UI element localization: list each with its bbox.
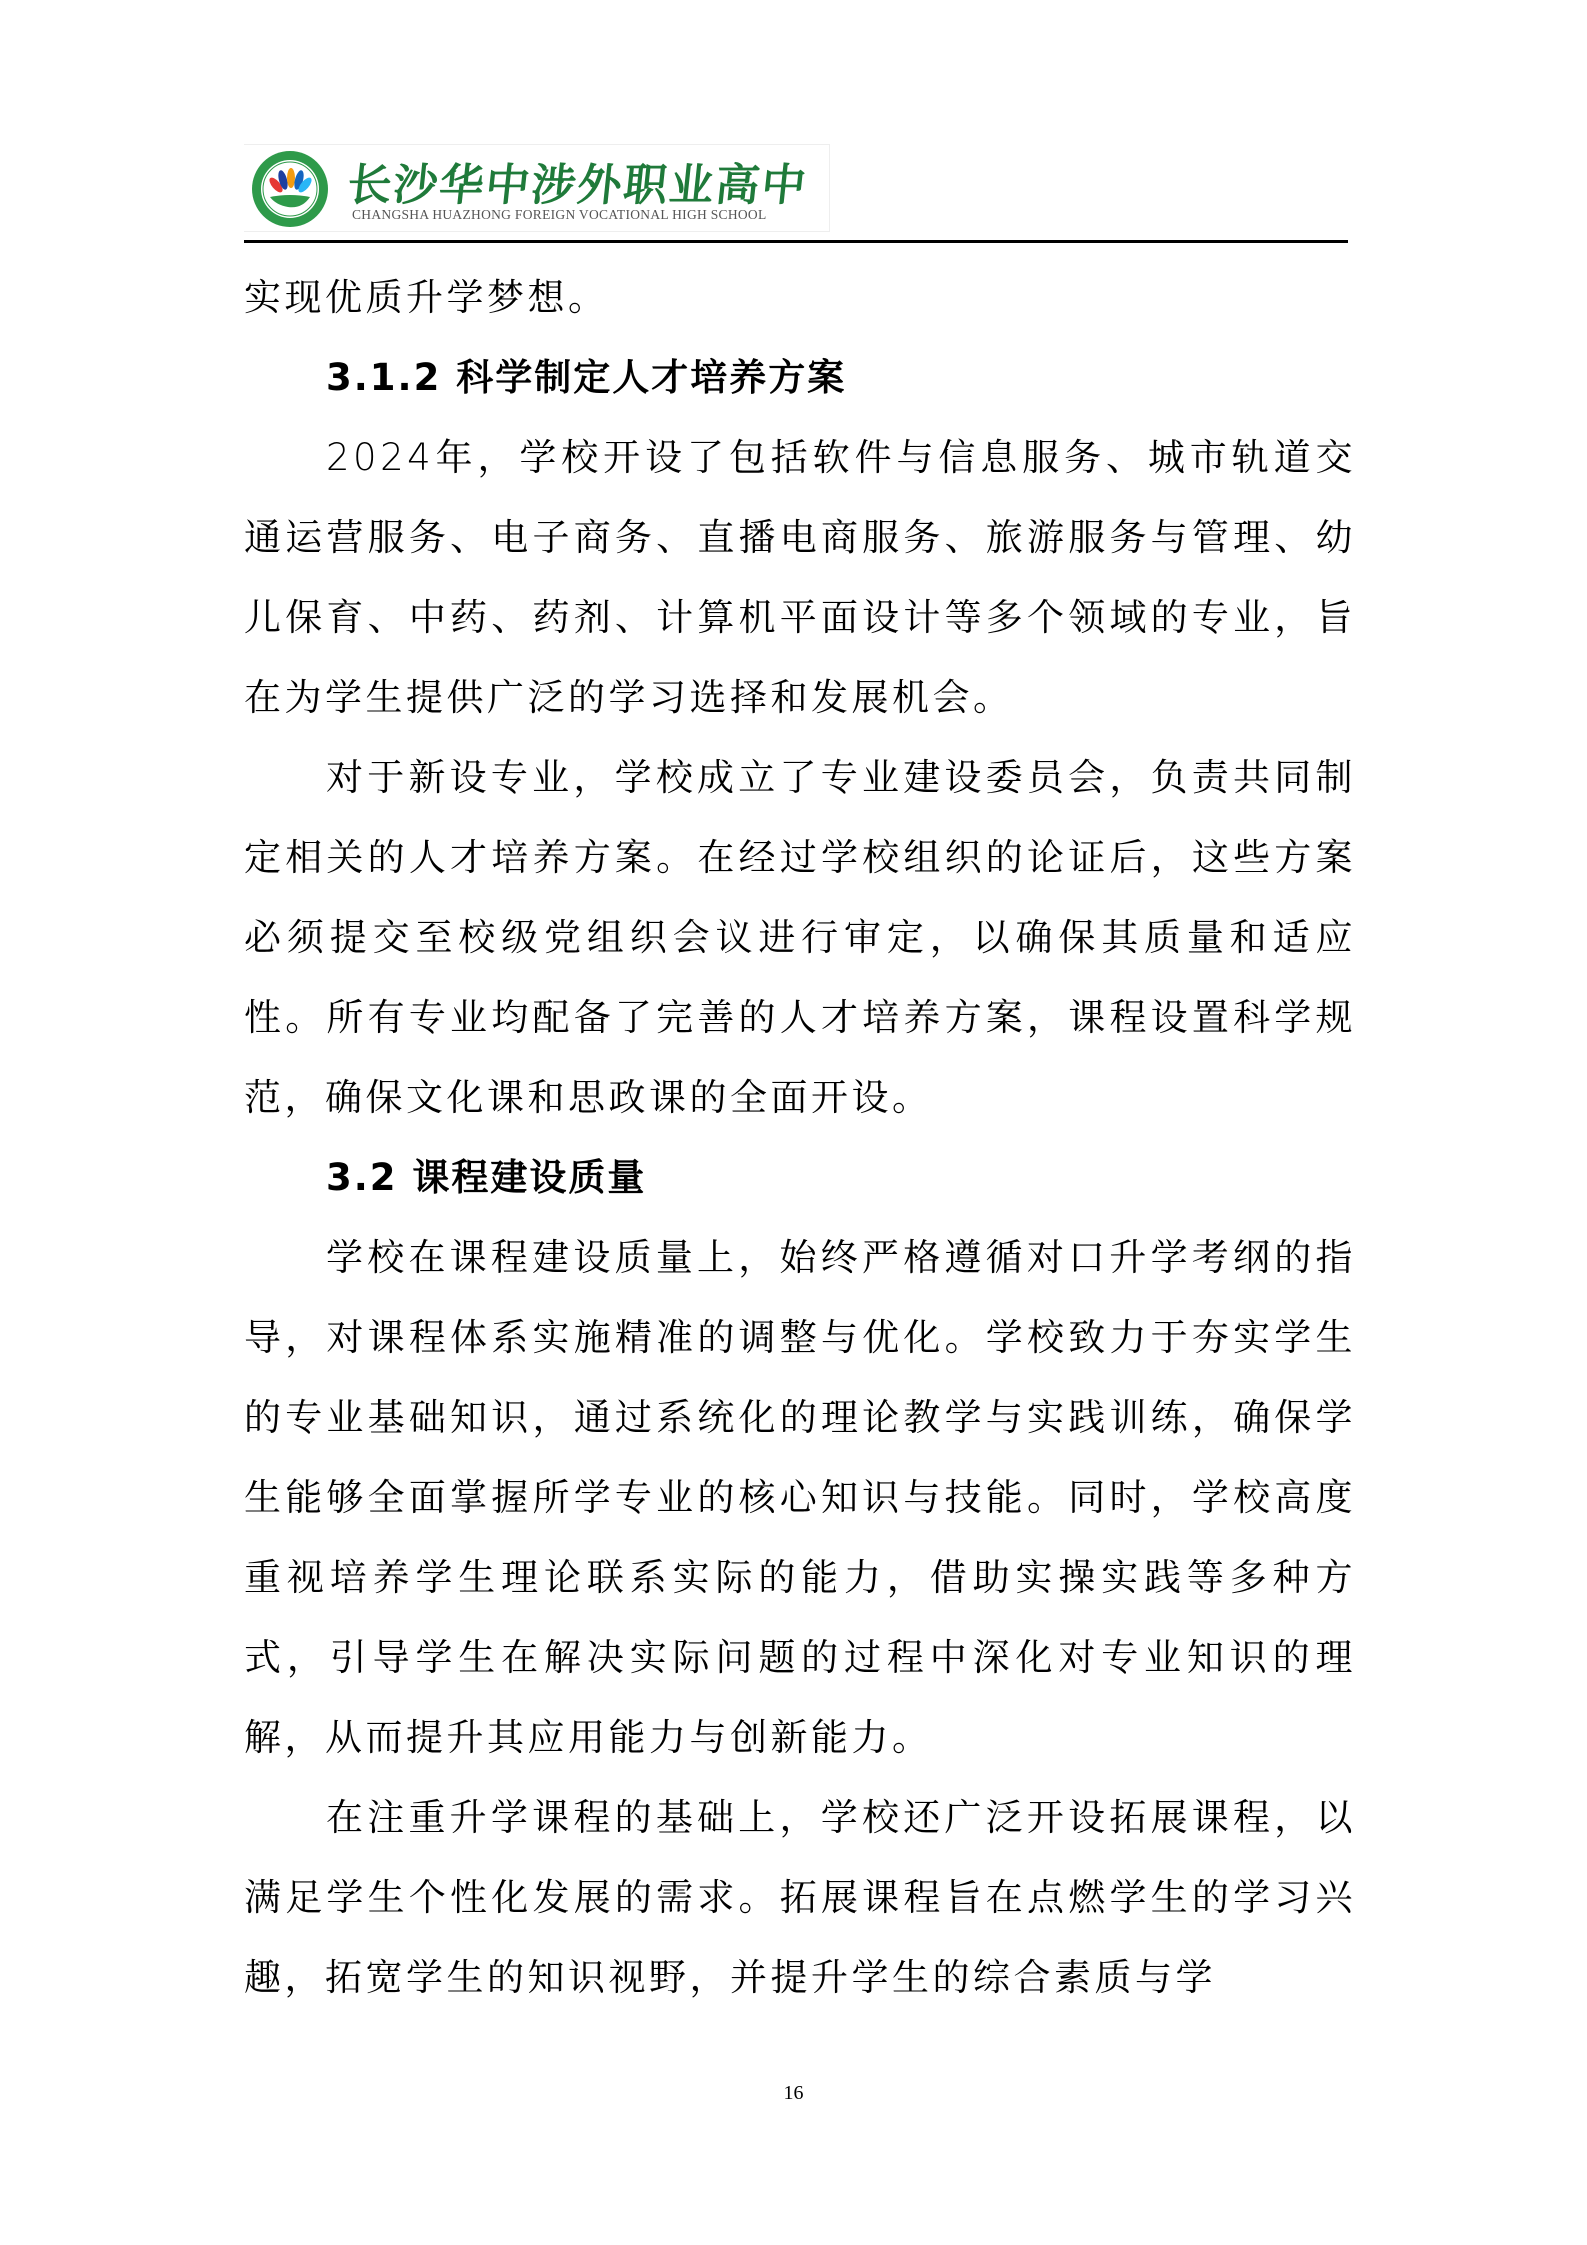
section-heading-3-2: 3.2 课程建设质量 xyxy=(244,1138,1356,1218)
school-emblem-icon xyxy=(250,149,330,229)
school-name-en: CHANGSHA HUAZHONG FOREIGN VOCATIONAL HIG… xyxy=(352,207,767,223)
school-name-cn: 长沙华中涉外职业高中 xyxy=(345,149,812,213)
paragraph: 对于新设专业，学校成立了专业建设委员会，负责共同制定相关的人才培养方案。在经过学… xyxy=(244,738,1356,1138)
header-divider xyxy=(244,240,1348,243)
page-number: 16 xyxy=(0,2082,1587,2105)
page-content: 实现优质升学梦想。 3.1.2 科学制定人才培养方案 2024年，学校开设了包括… xyxy=(244,258,1356,2018)
section-heading-3-1-2: 3.1.2 科学制定人才培养方案 xyxy=(244,338,1356,418)
page-header: 长沙华中涉外职业高中 CHANGSHA HUAZHONG FOREIGN VOC… xyxy=(244,144,830,232)
paragraph: 在注重升学课程的基础上，学校还广泛开设拓展课程，以满足学生个性化发展的需求。拓展… xyxy=(244,1778,1356,2018)
paragraph: 学校在课程建设质量上，始终严格遵循对口升学考纲的指导，对课程体系实施精准的调整与… xyxy=(244,1218,1356,1778)
paragraph: 2024年，学校开设了包括软件与信息服务、城市轨道交通运营服务、电子商务、直播电… xyxy=(244,418,1356,738)
continuation-text: 实现优质升学梦想。 xyxy=(244,258,1356,338)
